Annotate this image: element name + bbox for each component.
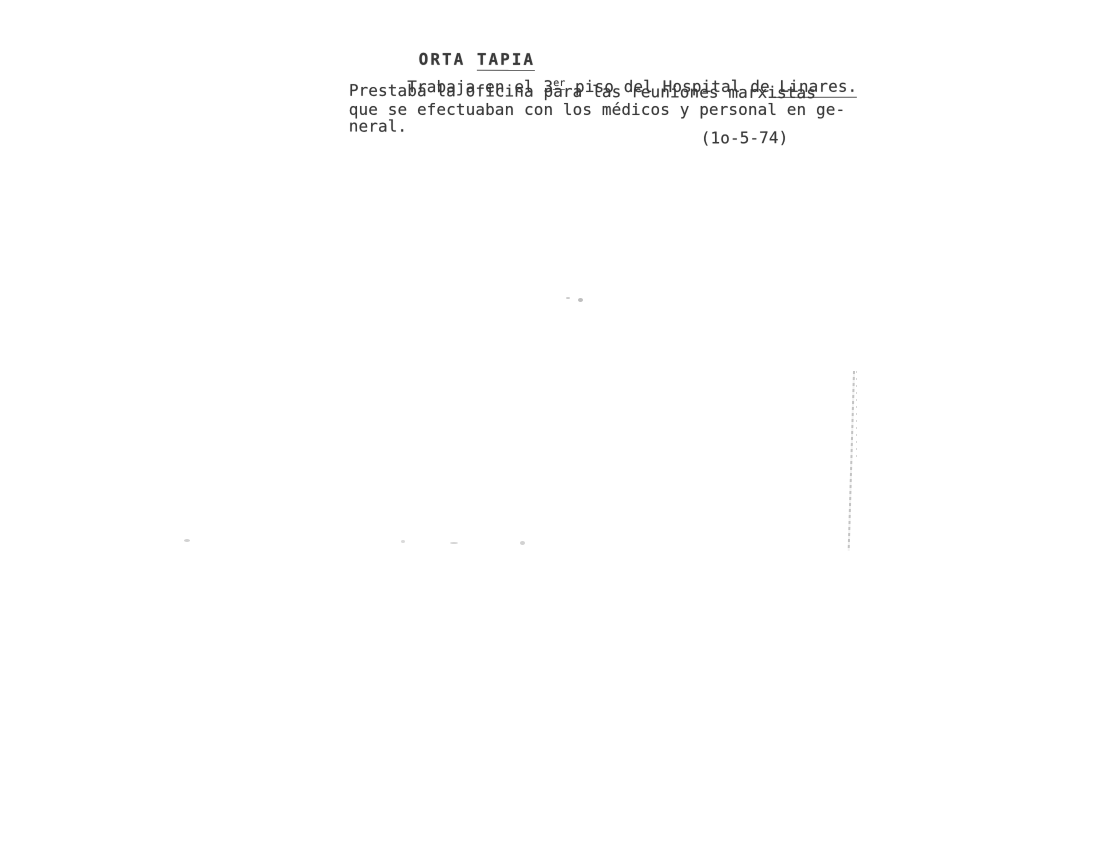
scan-speckle	[520, 541, 525, 545]
scan-artifact-vertical-scratch	[848, 371, 855, 551]
scan-speckle	[566, 297, 570, 299]
scan-speckle	[450, 542, 458, 544]
body-line-2: Prestaba la oficina para las reuniones m…	[349, 83, 816, 101]
date-annotation: (1o-5-74)	[701, 130, 789, 146]
scan-speckle	[401, 540, 405, 543]
body-line-4: neral.	[349, 119, 407, 135]
scanned-document-page: ORTA TAPIA Trabaja en el 3er piso del Ho…	[0, 0, 1100, 850]
scan-speckle	[184, 539, 190, 542]
scan-artifact-vertical-scratch-faint	[856, 371, 857, 461]
body-line-3: que se efectuaban con los médicos y pers…	[349, 102, 845, 118]
scan-speckle	[578, 298, 583, 302]
